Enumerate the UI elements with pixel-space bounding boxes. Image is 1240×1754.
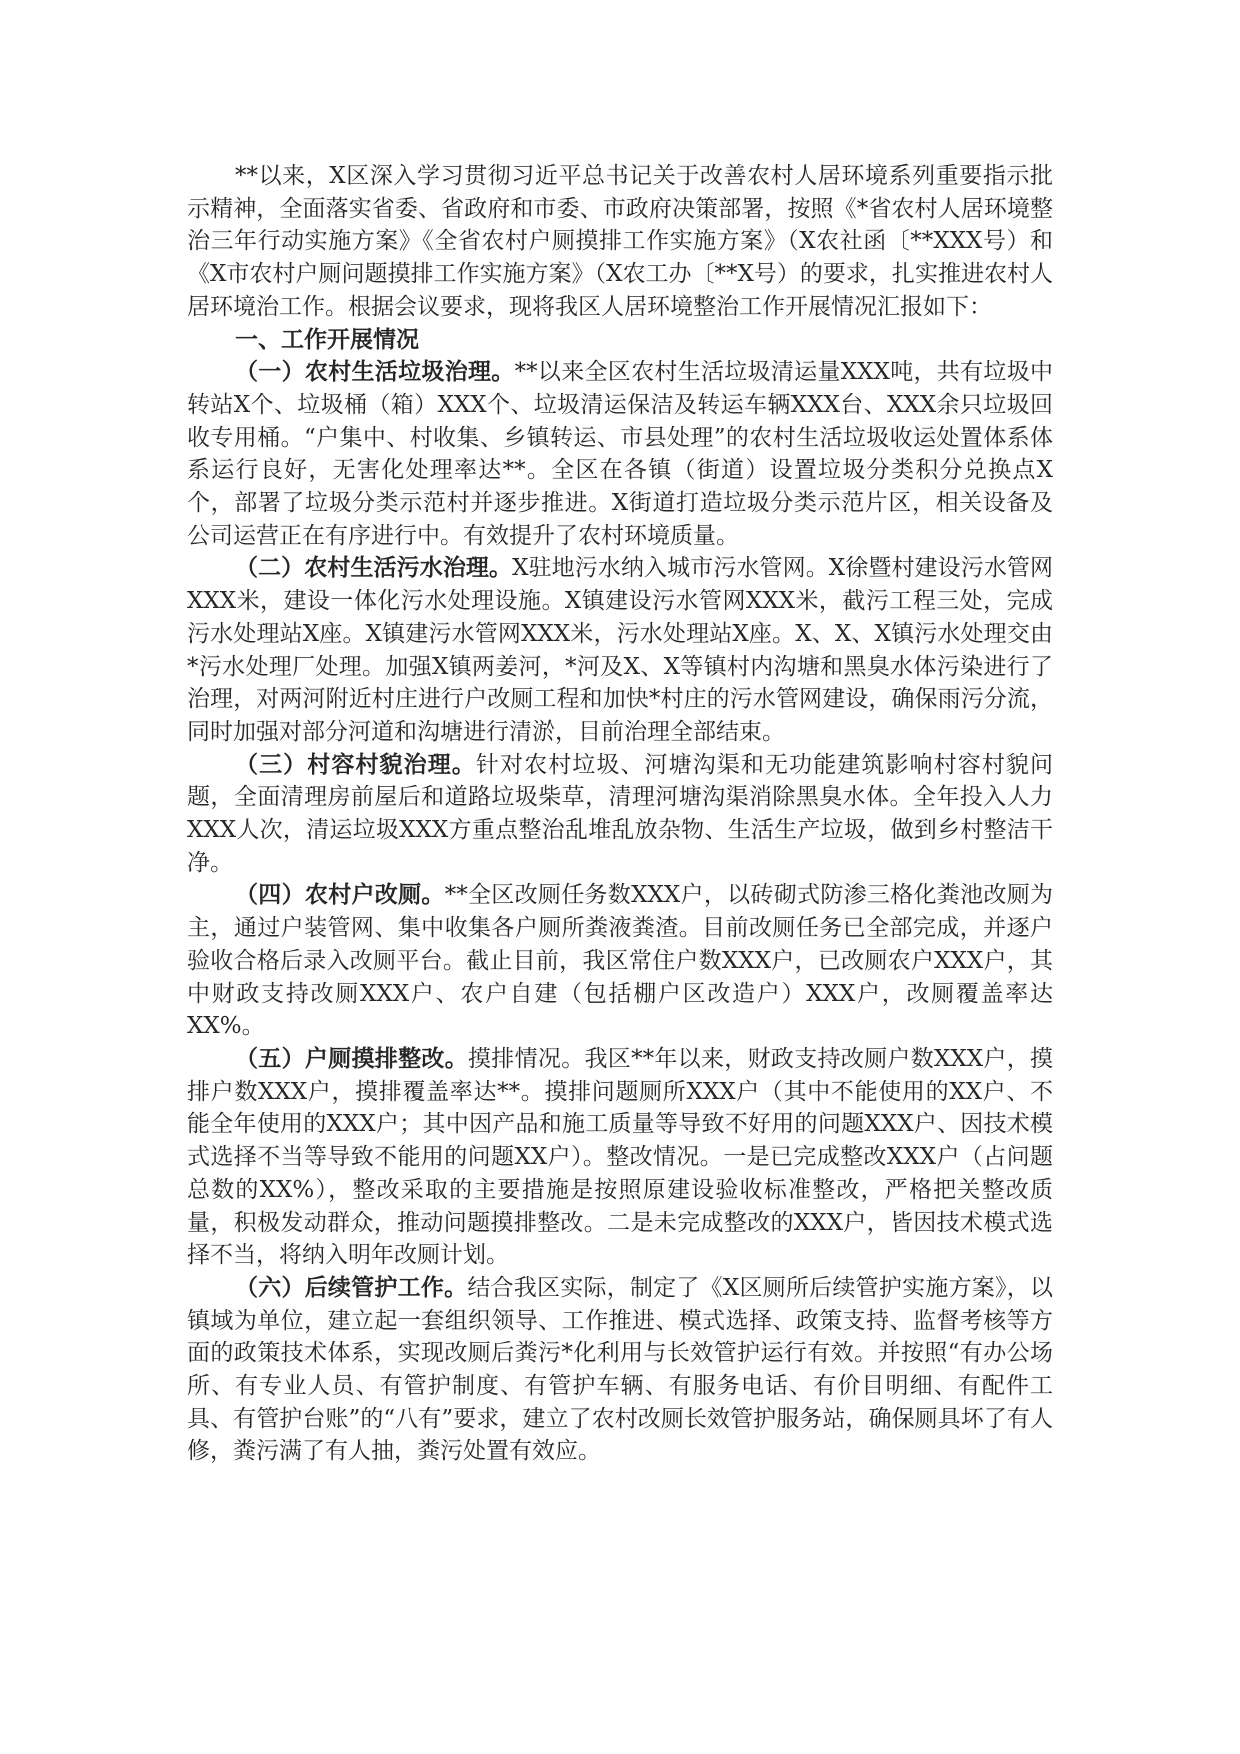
section-title-2: （二）农村生活污水治理。 <box>235 555 512 581</box>
section-body-2: X驻地污水纳入城市污水管网。X徐暨村建设污水管网XXX米，建设一体化污水处理设施… <box>187 555 1053 745</box>
section-paragraph-1: （一）农村生活垃圾治理。**以来全区农村生活垃圾清运量XXX吨，共有垃圾中转站X… <box>187 356 1053 552</box>
section-paragraph-6: （六）后续管护工作。结合我区实际，制定了《X区厕所后续管护实施方案》，以镇域为单… <box>187 1272 1053 1468</box>
section-title-4: （四）农村户改厕。 <box>235 882 445 908</box>
section-title-1: （一）农村生活垃圾治理。 <box>235 359 515 385</box>
section-paragraph-2: （二）农村生活污水治理。X驻地污水纳入城市污水管网。X徐暨村建设污水管网XXX米… <box>187 552 1053 748</box>
section-title-6: （六）后续管护工作。 <box>235 1275 467 1301</box>
section-paragraph-3: （三）村容村貌治理。针对农村垃圾、河塘沟渠和无功能建筑影响村容村貌问题，全面清理… <box>187 749 1053 880</box>
section-title-3: （三）村容村貌治理。 <box>235 752 476 778</box>
section-body-6: 结合我区实际，制定了《X区厕所后续管护实施方案》，以镇域为单位，建立起一套组织领… <box>187 1275 1053 1465</box>
section-paragraph-4: （四）农村户改厕。**全区改厕任务数XXX户，以砖砌式防渗三格化粪池改厕为主，通… <box>187 879 1053 1043</box>
section-body-5: 摸排情况。我区**年以来，财政支持改厕户数XXX户，摸排户数XXX户，摸排覆盖率… <box>187 1046 1053 1268</box>
intro-paragraph: **以来，X区深入学习贯彻习近平总书记关于改善农村人居环境系列重要指示批示精神，… <box>187 160 1053 324</box>
document-page: **以来，X区深入学习贯彻习近平总书记关于改善农村人居环境系列重要指示批示精神，… <box>187 160 1053 1468</box>
section-paragraph-5: （五）户厕摸排整改。摸排情况。我区**年以来，财政支持改厕户数XXX户，摸排户数… <box>187 1043 1053 1272</box>
section-body-1: **以来全区农村生活垃圾清运量XXX吨，共有垃圾中转站X个、垃圾桶（箱）XXX个… <box>187 359 1053 549</box>
section-heading: 一、工作开展情况 <box>187 324 1053 357</box>
section-title-5: （五）户厕摸排整改。 <box>235 1046 468 1072</box>
